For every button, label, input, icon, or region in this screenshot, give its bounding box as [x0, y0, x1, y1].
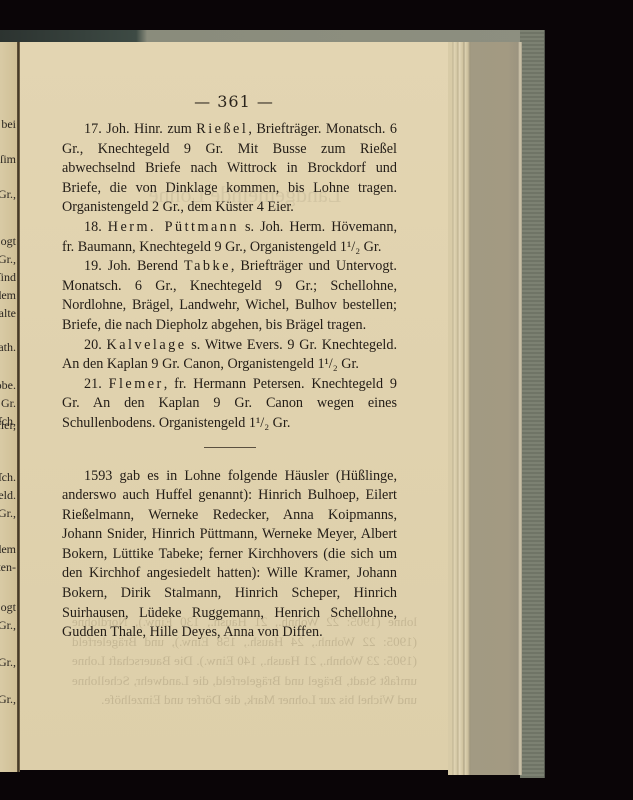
entry-paragraph: 19. Joh. Berend Tabke, Briefträger und U… [62, 257, 397, 335]
left-page-fragment: Gr., [0, 692, 16, 707]
left-page-fragment: ath. [0, 340, 16, 355]
section-divider [204, 447, 256, 448]
left-page-fragment: Gr., [0, 506, 16, 521]
entry-paragraph: 21. Flemer, fr. Hermann Petersen. Knecht… [62, 375, 397, 434]
book-page: Landgemeinde Lohne — 361 — 17. Joh. Hinr… [20, 42, 448, 770]
book-cover-right-edge [520, 30, 545, 778]
entry-name: Kalvelage [107, 337, 187, 353]
entry-lead: 21. [84, 376, 109, 392]
left-page-fragment: ogt [1, 600, 16, 615]
left-page-fragment: ſch. [0, 470, 16, 485]
entry-paragraph: 18. Herm. Püttmann s. Joh. Herm. Höveman… [62, 218, 397, 257]
left-page-fragment: bei [1, 117, 16, 132]
left-page-fragment: Gr., [0, 187, 16, 202]
entry-paragraph: 17. Joh. Hinr. zum Rießel, Briefträger. … [62, 120, 397, 218]
entry-name: Tabke [184, 258, 231, 274]
entry-lead: 20. [84, 337, 107, 353]
bleed-through-text: lohne (1905: 22 Wohnh., 21 Haush., 130 E… [72, 612, 417, 710]
left-page-fragment: ſim [0, 152, 16, 167]
entry-paragraph: 20. Kalvelage s. Witwe Evers. 9 Gr. Knec… [62, 336, 397, 375]
left-page-fragment: Gr., [0, 655, 16, 670]
page-number: — 361 — [20, 92, 448, 111]
left-page-fragment: ten- [0, 560, 16, 575]
left-page-edge: bei ſim Gr., ogt Gr., ſind dem alte ath.… [0, 42, 17, 772]
entry-lead: 19. Joh. Berend [84, 258, 184, 274]
left-page-fragment: dem [0, 542, 16, 557]
left-page-fragment: Gr., [0, 252, 16, 267]
left-page-fragment: ſind [0, 270, 16, 285]
entry-name: Flemer [109, 376, 164, 392]
left-page-fragment: geld. [0, 488, 16, 503]
left-page-fragment: Gr. [1, 396, 16, 411]
entry-lead: 18. [84, 219, 108, 235]
left-page-fragment: dem [0, 288, 16, 303]
left-page-fragment: ſier, [0, 418, 16, 433]
page-body: 17. Joh. Hinr. zum Rießel, Briefträger. … [62, 120, 397, 643]
entry-name: Rießel [196, 121, 248, 137]
entry-lead: 17. Joh. Hinr. zum [84, 121, 196, 137]
left-page-fragment: obe. [0, 378, 16, 393]
entry-name: Herm. Püttmann [108, 219, 239, 235]
left-page-fragment: Gr., [0, 618, 16, 633]
left-page-fragment: alte [0, 306, 16, 321]
page-block-edge [448, 42, 522, 775]
left-page-fragment: ogt [1, 234, 16, 249]
